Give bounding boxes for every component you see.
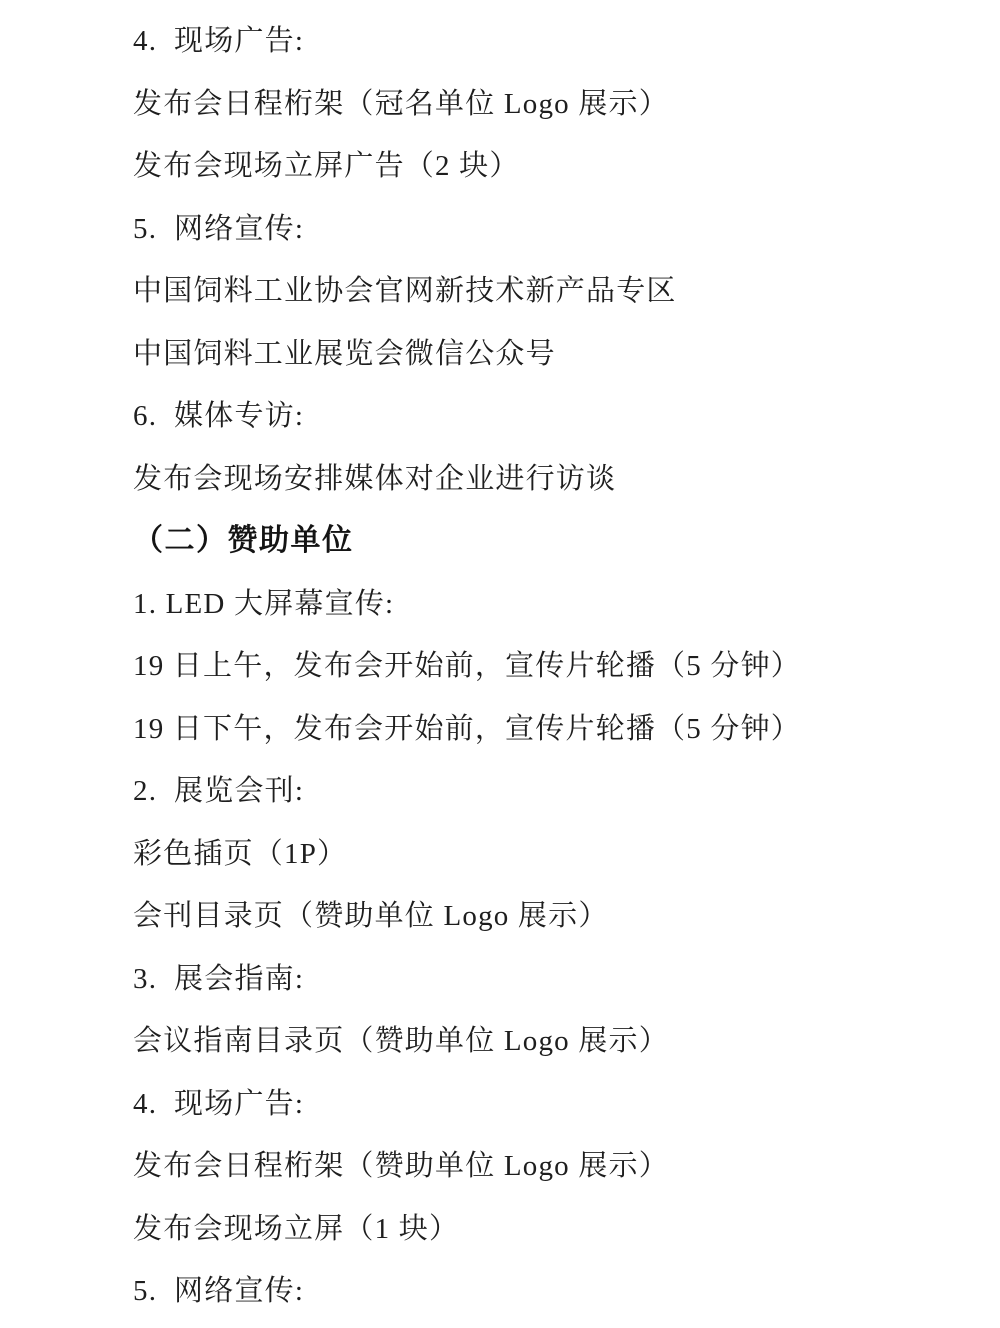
text-line: 会议指南目录页（赞助单位 Logo 展示） — [133, 1010, 960, 1073]
text-line: 5. 网络宣传: — [133, 198, 960, 261]
text-line: 19 日下午，发布会开始前，宣传片轮播（5 分钟） — [133, 698, 960, 761]
section-heading: （二）赞助单位 — [133, 510, 960, 573]
document-page: 4. 现场广告:发布会日程桁架（冠名单位 Logo 展示）发布会现场立屏广告（2… — [0, 0, 1000, 1328]
text-line: 4. 现场广告: — [133, 10, 960, 73]
text-line: 5. 网络宣传: — [133, 1260, 960, 1323]
text-line: 19 日上午，发布会开始前，宣传片轮播（5 分钟） — [133, 635, 960, 698]
text-line: 彩色插页（1P） — [133, 823, 960, 886]
text-line: 中国饲料工业展览会微信公众号 — [133, 323, 960, 386]
text-line: 发布会现场立屏广告（2 块） — [133, 135, 960, 198]
text-line: 3. 展会指南: — [133, 948, 960, 1011]
text-line: 2. 展览会刊: — [133, 760, 960, 823]
text-line: 会刊目录页（赞助单位 Logo 展示） — [133, 885, 960, 948]
text-line: 6. 媒体专访: — [133, 385, 960, 448]
text-line: 发布会日程桁架（冠名单位 Logo 展示） — [133, 73, 960, 136]
document-text-block: 4. 现场广告:发布会日程桁架（冠名单位 Logo 展示）发布会现场立屏广告（2… — [133, 10, 960, 1323]
text-line: 中国饲料工业协会官网新技术新产品专区 — [133, 260, 960, 323]
text-line: 4. 现场广告: — [133, 1073, 960, 1136]
text-line: 发布会现场立屏（1 块） — [133, 1198, 960, 1261]
text-line: 发布会日程桁架（赞助单位 Logo 展示） — [133, 1135, 960, 1198]
text-line: 发布会现场安排媒体对企业进行访谈 — [133, 448, 960, 511]
text-line: 1. LED 大屏幕宣传: — [133, 573, 960, 636]
